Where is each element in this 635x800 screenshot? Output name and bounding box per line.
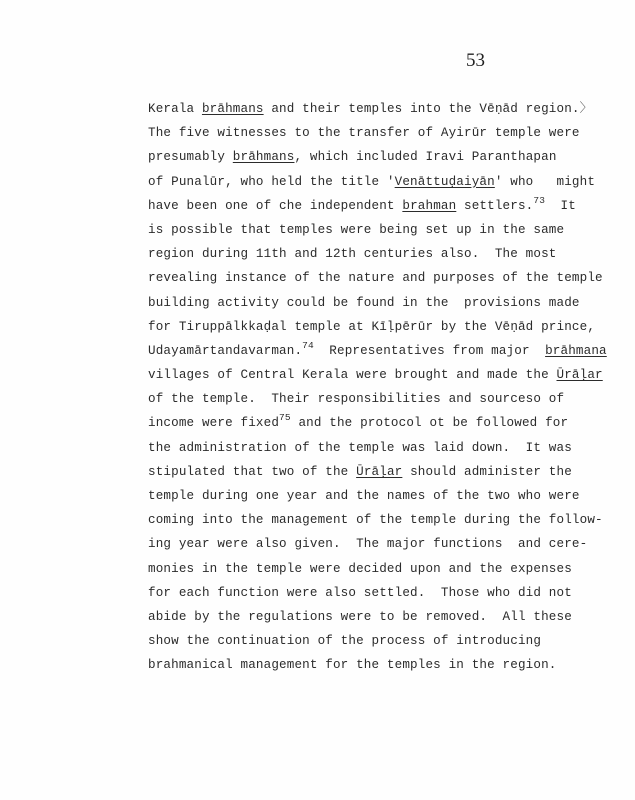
text-segment: show the continuation of the process of …: [148, 634, 541, 648]
text-segment: is possible that temples were being set …: [148, 223, 564, 237]
text-segment: presumably: [148, 150, 233, 164]
text-line: monies in the temple were decided upon a…: [148, 557, 628, 581]
text-segment: ing year were also given. The major func…: [148, 537, 587, 551]
text-line: income were fixed75 and the protocol ot …: [148, 411, 628, 435]
page-number: 53: [466, 50, 485, 72]
text-line: have been one of che independent brahman…: [148, 194, 628, 218]
text-line: villages of Central Kerala were brought …: [148, 363, 628, 387]
document-page: 53 Kerala brāhmans and their temples int…: [0, 0, 635, 800]
footnote-reference: 75: [279, 412, 291, 423]
text-line: region during 11th and 12th centuries al…: [148, 242, 628, 266]
footnote-reference: 73: [533, 195, 545, 206]
text-line: show the continuation of the process of …: [148, 629, 628, 653]
underlined-term: brāhmans: [202, 102, 264, 116]
text-segment: brahmanical management for the temples i…: [148, 658, 557, 672]
text-line: temple during one year and the names of …: [148, 484, 628, 508]
text-line: is possible that temples were being set …: [148, 218, 628, 242]
text-segment: and the protocol ot be followed for: [291, 416, 568, 430]
text-line: stipulated that two of the Ūrāḷar should…: [148, 460, 628, 484]
text-segment: building activity could be found in the …: [148, 296, 580, 310]
text-line: coming into the management of the temple…: [148, 508, 628, 532]
underlined-term: Venāttuḍaiyān: [395, 175, 495, 189]
text-line: for each function were also settled. Tho…: [148, 581, 628, 605]
underlined-term: brahman: [402, 199, 456, 213]
text-segment: It: [545, 199, 576, 213]
underlined-term: brāhmans: [233, 150, 295, 164]
text-segment: Udayamārtandavarman.: [148, 344, 302, 358]
text-segment: of Punalūr, who held the title ': [148, 175, 395, 189]
text-line: for Tiruppālkkaḍal temple at Kīḷpērūr by…: [148, 315, 628, 339]
text-segment: Kerala: [148, 102, 202, 116]
margin-mark: 〉: [580, 102, 593, 116]
text-segment: monies in the temple were decided upon a…: [148, 562, 572, 576]
text-segment: villages of Central Kerala were brought …: [148, 368, 557, 382]
text-segment: stipulated that two of the: [148, 465, 356, 479]
text-segment: ' who might: [495, 175, 595, 189]
body-paragraph: Kerala brāhmans and their temples into t…: [148, 97, 628, 678]
text-segment: abide by the regulations were to be remo…: [148, 610, 572, 624]
text-line: Udayamārtandavarman.74 Representatives f…: [148, 339, 628, 363]
text-line: Kerala brāhmans and their temples into t…: [148, 97, 628, 121]
text-line: building activity could be found in the …: [148, 291, 628, 315]
text-segment: should administer the: [402, 465, 572, 479]
text-line: ing year were also given. The major func…: [148, 532, 628, 556]
text-segment: income were fixed: [148, 416, 279, 430]
text-line: of Punalūr, who held the title 'Venāttuḍ…: [148, 170, 628, 194]
text-segment: for Tiruppālkkaḍal temple at Kīḷpērūr by…: [148, 320, 595, 334]
underlined-term: Ūrāḷar: [356, 465, 402, 479]
footnote-reference: 74: [302, 340, 314, 351]
text-segment: temple during one year and the names of …: [148, 489, 580, 503]
text-segment: revealing instance of the nature and pur…: [148, 271, 603, 285]
underlined-term: brāhmana: [545, 344, 607, 358]
text-line: presumably brāhmans, which included Irav…: [148, 145, 628, 169]
text-segment: settlers.: [456, 199, 533, 213]
underlined-term: Ūrāḷar: [557, 368, 603, 382]
text-segment: for each function were also settled. Tho…: [148, 586, 572, 600]
text-segment: , which included Iravi Paranthapan: [294, 150, 556, 164]
text-segment: have been one of che independent: [148, 199, 402, 213]
text-line: brahmanical management for the temples i…: [148, 653, 628, 677]
text-line: of the temple. Their responsibilities an…: [148, 387, 628, 411]
text-segment: and their temples into the Vēṇād region.: [264, 102, 580, 116]
text-segment: Representatives from major: [314, 344, 545, 358]
text-line: The five witnesses to the transfer of Ay…: [148, 121, 628, 145]
text-segment: region during 11th and 12th centuries al…: [148, 247, 557, 261]
text-line: the administration of the temple was lai…: [148, 436, 628, 460]
text-segment: The five witnesses to the transfer of Ay…: [148, 126, 580, 140]
text-line: abide by the regulations were to be remo…: [148, 605, 628, 629]
text-segment: of the temple. Their responsibilities an…: [148, 392, 564, 406]
text-line: revealing instance of the nature and pur…: [148, 266, 628, 290]
text-segment: coming into the management of the temple…: [148, 513, 603, 527]
text-segment: the administration of the temple was lai…: [148, 441, 572, 455]
